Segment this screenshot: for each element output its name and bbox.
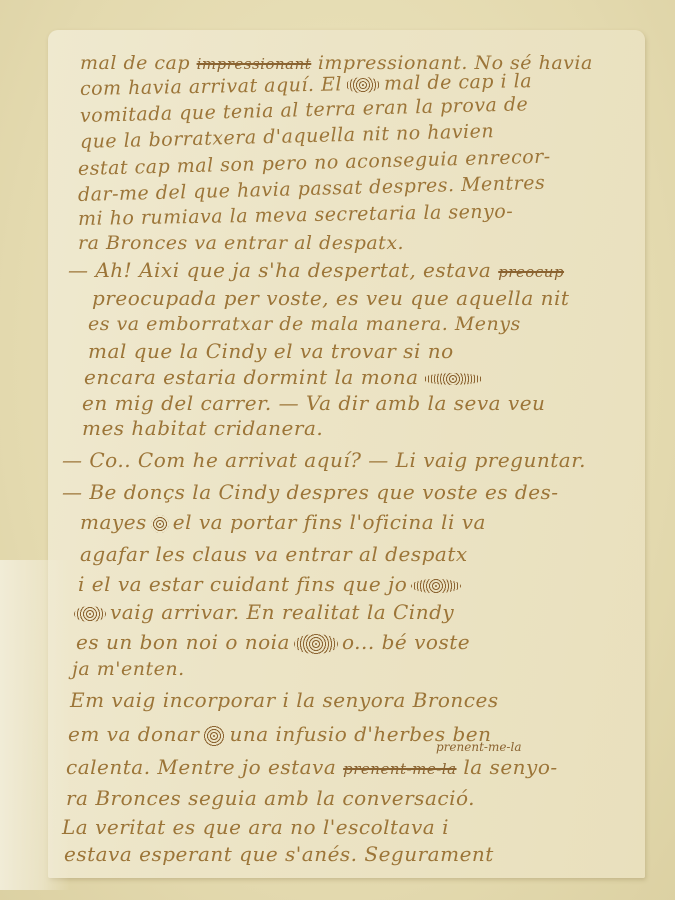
text-line: ja m'enten. xyxy=(72,658,185,680)
text-line: i el va estar cuidant fins que jo xyxy=(78,572,465,596)
ink-scribble xyxy=(423,373,483,385)
dialogue-line: — Ah! Aixi que ja s'ha despertat, estava… xyxy=(68,258,564,282)
text-line: vaig arrivar. En realitat la Cindy xyxy=(74,600,454,624)
text-line: preocupada per voste, es veu que aquella… xyxy=(92,286,569,310)
text-line: mal que la Cindy el va trovar si no xyxy=(88,339,454,363)
crossed-out-word: prenent-me-la xyxy=(343,760,456,778)
text-line: en mig del carrer. — Va dir amb la seva … xyxy=(82,391,545,415)
paper-edge-glare xyxy=(0,560,70,890)
text-line: mes habitat cridanera. xyxy=(82,416,323,440)
text-line: es un bon noi o noiao... bé voste xyxy=(76,630,470,654)
text-line: Em vaig incorporar i la senyora Bronces xyxy=(70,688,499,712)
crossed-out-word: preocup xyxy=(498,263,564,281)
dialogue-line: — Be donçs la Cindy despres que voste es… xyxy=(62,480,559,504)
text-line: em va donaruna infusio d'herbes ben xyxy=(68,722,491,748)
crossed-out-word: impressionant xyxy=(197,55,312,73)
text-line: calenta. Mentre jo estava prenent-me-la … xyxy=(66,755,558,779)
text-line: ra Bronces va entrar al despatx. xyxy=(78,232,404,254)
ink-scribble xyxy=(411,579,461,593)
ink-scribble xyxy=(74,606,106,622)
insertion-above: prenent-me-la xyxy=(436,740,521,754)
text-line: encara estaria dormint la mona xyxy=(84,365,487,389)
text-line: ra Bronces seguia amb la conversació. xyxy=(66,786,475,810)
ink-scribble xyxy=(151,515,169,533)
ink-scribble xyxy=(203,724,225,748)
text-line: agafar les claus va entrar al despatx xyxy=(80,542,468,566)
text-line: es va emborratxar de mala manera. Menys xyxy=(88,313,521,335)
text-line: estava esperant que s'anés. Segurament xyxy=(64,842,494,866)
dialogue-line: — Co.. Com he arrivat aquí? — Li vaig pr… xyxy=(62,448,586,472)
text-line: La veritat es que ara no l'escoltava i xyxy=(62,815,449,839)
text-line: mayesel va portar fins l'oficina li va xyxy=(80,510,486,534)
ink-scribble xyxy=(346,77,380,94)
ink-scribble xyxy=(294,634,338,654)
